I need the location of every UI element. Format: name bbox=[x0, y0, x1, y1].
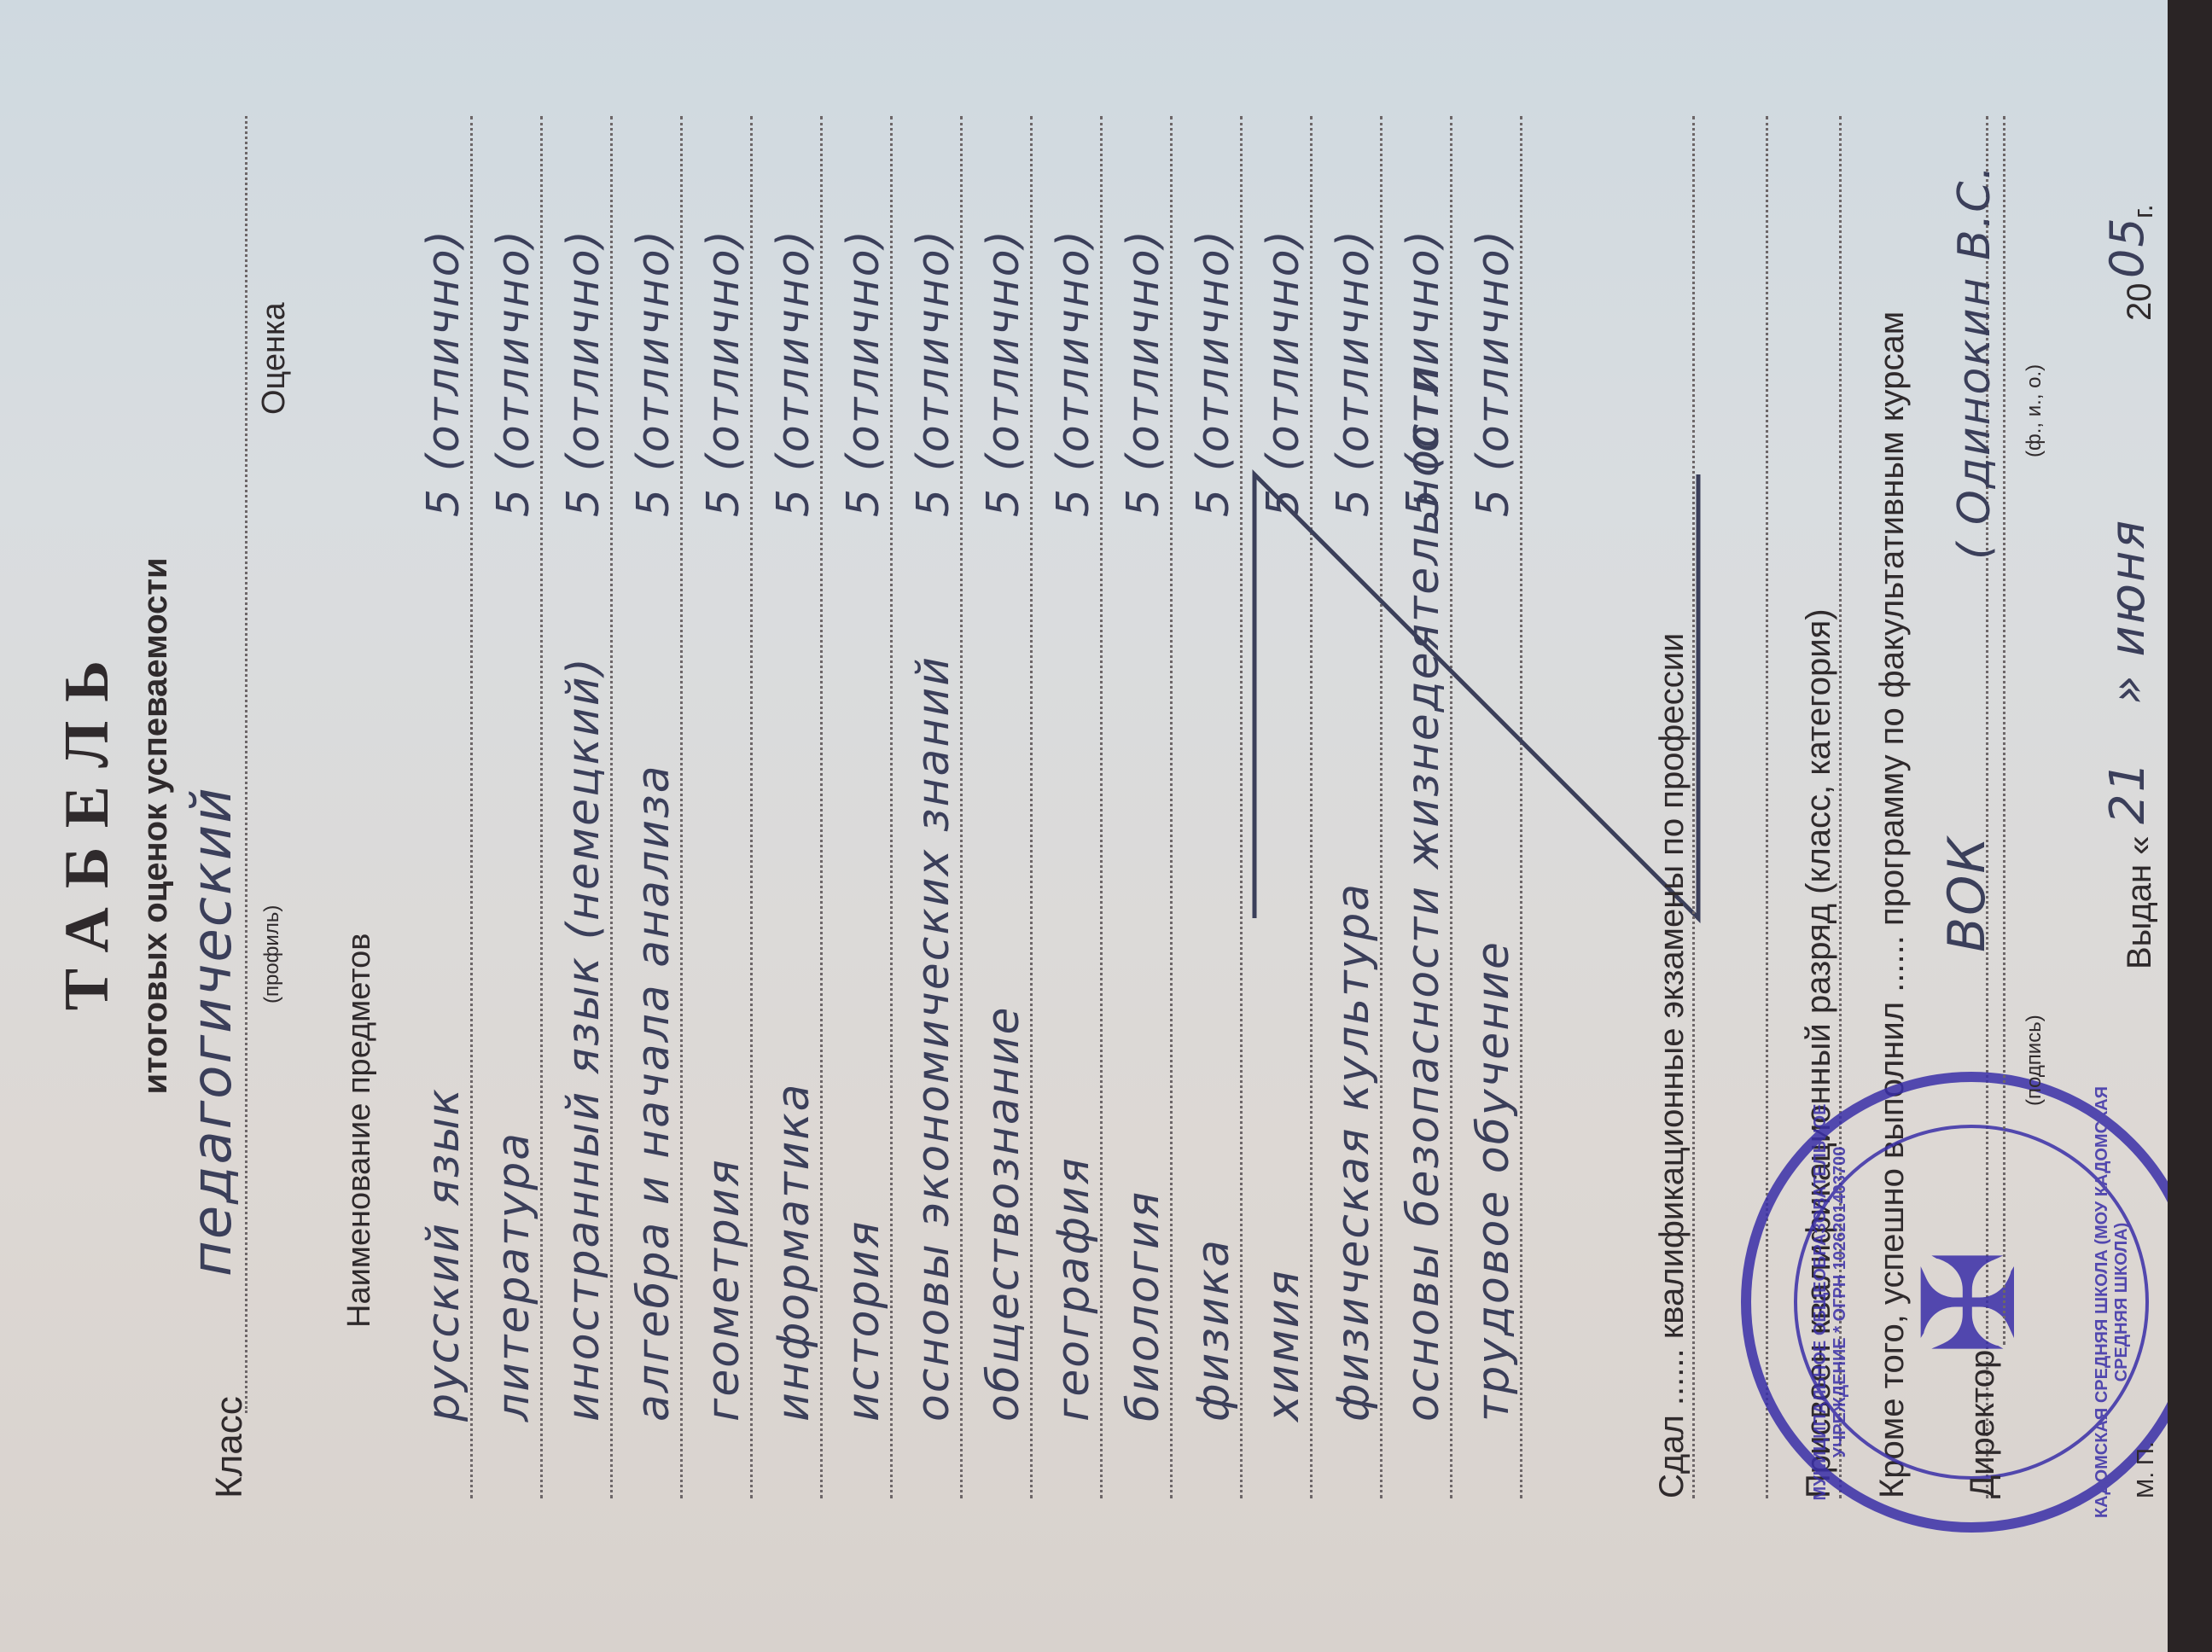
subject-name: русский язык bbox=[418, 1087, 469, 1422]
subject-name: информатика bbox=[768, 1082, 819, 1422]
issued-month: » июня bbox=[2100, 519, 2156, 705]
table-row: основы экономических знаний5 (отлично) bbox=[899, 116, 969, 1498]
subject-grade: 5 (отлично) bbox=[768, 229, 819, 517]
issued-year-prefix: 20 bbox=[2121, 283, 2159, 322]
issued-day: 21 bbox=[2100, 760, 2156, 824]
class-value: педагогический bbox=[181, 786, 244, 1277]
issued-year: 05 bbox=[2100, 216, 2154, 278]
subject-name: биология bbox=[1118, 1190, 1169, 1422]
subject-name: алгебра и начала анализа bbox=[628, 764, 679, 1422]
subject-name: физическая культура bbox=[1328, 882, 1379, 1422]
subject-name: иностранный язык (немецкий) bbox=[558, 656, 609, 1422]
issued-label: Выдан « bbox=[2121, 836, 2159, 969]
subject-name: трудовое обучение bbox=[1468, 940, 1519, 1422]
subject-grade: 5 (отлично) bbox=[1048, 229, 1099, 517]
subject-grade: 5 (отлично) bbox=[838, 229, 889, 517]
certificate-page: ТАБЕЛЬ итоговых оценок успеваемости Клас… bbox=[0, 0, 2212, 1652]
signature-caption: (подпись) bbox=[2023, 1015, 2046, 1106]
table-row: история5 (отлично) bbox=[829, 116, 899, 1498]
exam-row: Сдал ...... квалификационные экзамены по… bbox=[1630, 116, 1703, 1498]
profile-caption: (профиль) bbox=[260, 905, 284, 1003]
table-row: алгебра и начала анализа5 (отлично) bbox=[620, 116, 690, 1498]
class-row: Класс педагогический bbox=[188, 116, 256, 1498]
subject-name: химия bbox=[1258, 1269, 1309, 1422]
table-row: русский язык5 (отлично) bbox=[410, 116, 480, 1498]
subject-name: геометрия bbox=[698, 1158, 749, 1422]
table-row: иностранный язык (немецкий)5 (отлично) bbox=[550, 116, 620, 1498]
class-line bbox=[245, 116, 247, 1413]
issued-row: М. П. Выдан « 21 » июня 20 05 г. bbox=[2091, 116, 2168, 1498]
subject-grade: 5 (отлично) bbox=[1118, 229, 1169, 517]
name-caption: (ф., и., о.) bbox=[2023, 364, 2046, 457]
subject-grade: 5 (отлично) bbox=[978, 229, 1029, 517]
year-suffix: г. bbox=[2128, 204, 2159, 218]
table-row: география5 (отлично) bbox=[1039, 116, 1109, 1498]
signature-row: Директор ВОК ( Одинокин В.С. bbox=[1929, 116, 2014, 1498]
grade-column-header: Оценка bbox=[256, 302, 293, 415]
subject-grade: 5 (отлично) bbox=[418, 229, 469, 517]
seal-text-top: МУНИЦИПАЛЬНОЕ ОБЩЕОБРАЗОВАТЕЛЬНОЕ УЧРЕЖД… bbox=[1811, 1082, 1850, 1522]
table-row: геометрия5 (отлично) bbox=[690, 116, 760, 1498]
director-name: ( Одинокин В.С. bbox=[1949, 164, 2000, 560]
subject-grade: 5 (отлично) bbox=[488, 229, 539, 517]
subject-grade: 5 (отлично) bbox=[558, 229, 609, 517]
page-edge-shadow bbox=[2168, 0, 2212, 1652]
subject-name: история bbox=[838, 1219, 889, 1422]
document-title: ТАБЕЛЬ bbox=[51, 0, 124, 1652]
subject-name: обществознание bbox=[978, 1006, 1029, 1422]
table-row: информатика5 (отлично) bbox=[760, 116, 829, 1498]
signature: ВОК bbox=[1937, 835, 1997, 952]
subject-grade: 5 (отлично) bbox=[628, 229, 679, 517]
seal-place-label: М. П. bbox=[2132, 1441, 2159, 1498]
exam-text: Сдал ...... квалификационные экзамены по… bbox=[1653, 633, 1691, 1498]
subject-name: физика bbox=[1188, 1238, 1239, 1422]
director-label: Директор bbox=[1964, 1350, 2002, 1498]
subject-name: литература bbox=[488, 1131, 539, 1422]
subject-grade: 5 (отлично) bbox=[908, 229, 959, 517]
subject-name: география bbox=[1048, 1156, 1099, 1422]
subjects-column-header: Наименование предметов bbox=[341, 934, 378, 1328]
document-subtitle: итоговых оценок успеваемости bbox=[137, 0, 175, 1652]
subject-grade: 5 (отлично) bbox=[698, 229, 749, 517]
table-row: биология5 (отлично) bbox=[1109, 116, 1179, 1498]
table-row: обществознание5 (отлично) bbox=[969, 116, 1039, 1498]
subject-name: основы экономических знаний bbox=[908, 655, 959, 1422]
table-row: литература5 (отлично) bbox=[480, 116, 550, 1498]
